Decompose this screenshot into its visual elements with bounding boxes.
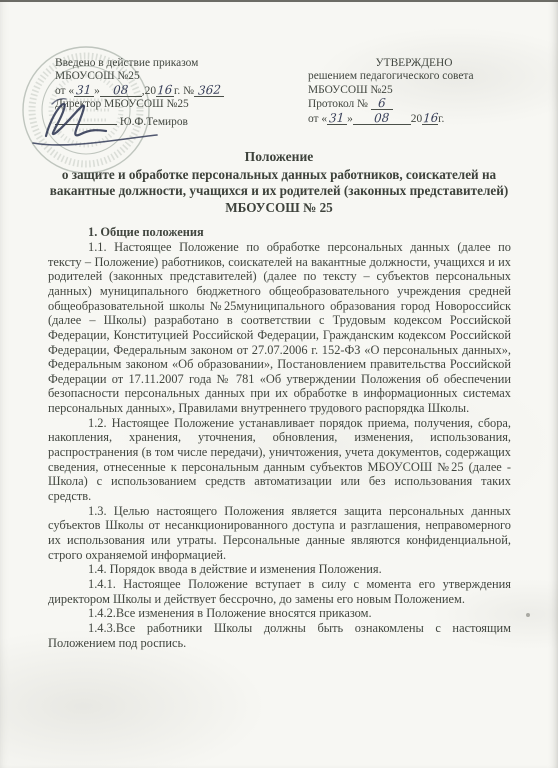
scanned-document-page: { "artifacts": { "stamp_icon": "round-se… bbox=[0, 0, 558, 768]
paragraph-1-4: 1.4. Порядок ввода в действие и изменени… bbox=[48, 562, 511, 577]
approval-date-line: от «31»082016г. bbox=[308, 112, 520, 126]
paragraph-1-1: 1.1. Настоящее Положение по обработке пе… bbox=[48, 240, 511, 416]
section-1-heading: 1. Общие положения bbox=[48, 225, 511, 240]
director-signature-icon bbox=[26, 90, 166, 152]
title-subtitle: о защите и обработке персональных данных… bbox=[32, 167, 526, 216]
approved-label: УТВЕРЖДЕНО bbox=[308, 57, 520, 70]
paragraph-1-2: 1.2. Настоящее Положение устанавливает п… bbox=[48, 416, 511, 504]
handwritten-year-right: 16 bbox=[422, 111, 438, 125]
paragraph-1-4-3: 1.4.3.Все работники Школы должны быть оз… bbox=[48, 621, 511, 650]
paragraph-1-4-2: 1.4.2.Все изменения в Положение вносятся… bbox=[48, 606, 511, 621]
handwritten-protocol-number: 6 bbox=[378, 97, 386, 111]
document-body: 1. Общие положения 1.1. Настоящее Положе… bbox=[48, 225, 511, 650]
approved-by-line: решением педагогического совета bbox=[308, 70, 520, 83]
handwritten-day-right: 31 bbox=[329, 111, 345, 125]
paragraph-1-3: 1.3. Целью настоящего Положения является… bbox=[48, 504, 511, 563]
paragraph-1-4-1: 1.4.1. Настоящее Положение вступает в си… bbox=[48, 577, 511, 606]
document-title: Положение о защите и обработке персональ… bbox=[0, 149, 558, 216]
scan-dust-speck bbox=[526, 613, 530, 617]
protocol-line: Протокол № 6 bbox=[308, 97, 520, 111]
approved-block: УТВЕРЖДЕНО решением педагогического сове… bbox=[308, 57, 520, 129]
order-intro-line: Введено в действие приказом bbox=[55, 57, 290, 70]
handwritten-month-right: 08 bbox=[374, 111, 390, 125]
school-name-right: МБОУСОШ №25 bbox=[308, 84, 520, 97]
handwritten-order-number: 362 bbox=[197, 83, 221, 98]
